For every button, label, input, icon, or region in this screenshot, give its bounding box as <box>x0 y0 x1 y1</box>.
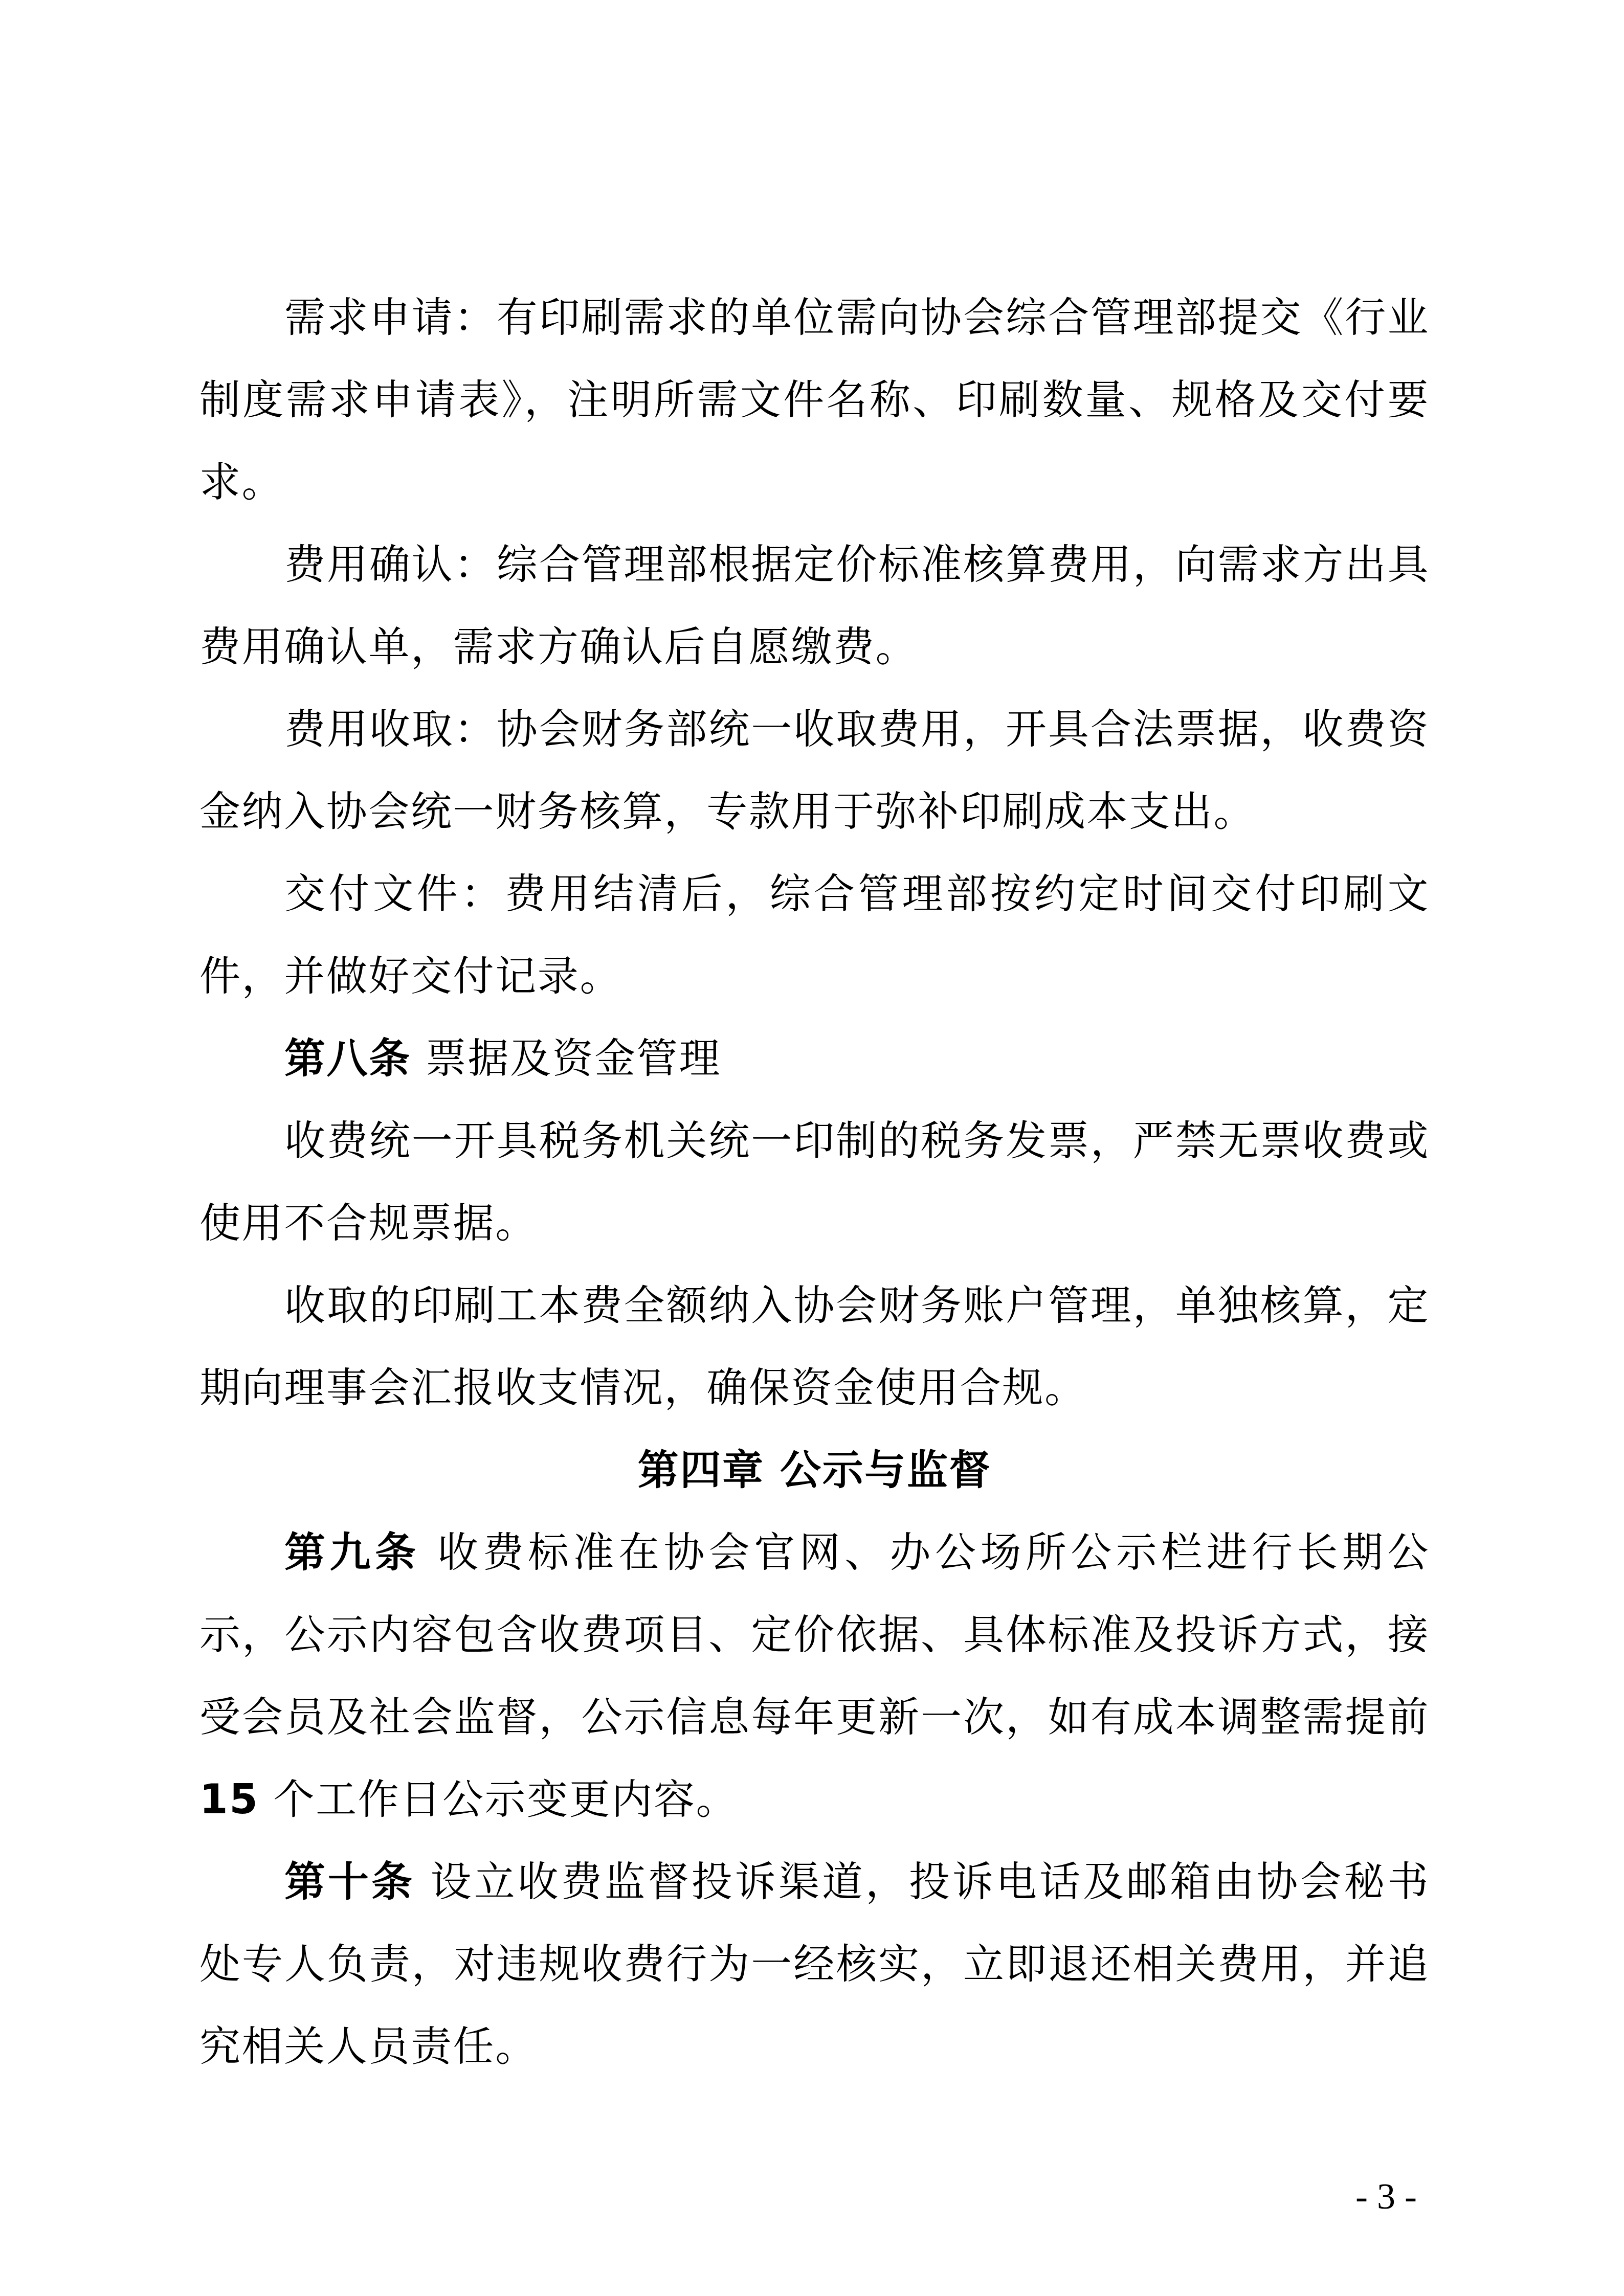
paragraph-fee-collection: 费用收取：协会财务部统一收取费用，开具合法票据，收费资金纳入协会统一财务核算，专… <box>199 688 1430 852</box>
article-label: 第九条 <box>284 1528 420 1576</box>
paragraph-text: 需求申请：有印刷需求的单位需向协会综合管理部提交《行业制度需求申请表》，注明所需… <box>199 294 1430 506</box>
paragraph-document-delivery: 交付文件：费用结清后，综合管理部按约定时间交付印刷文件，并做好交付记录。 <box>199 852 1430 1017</box>
article-title: 票据及资金管理 <box>411 1034 721 1082</box>
paragraph-invoice-rule: 收费统一开具税务机关统一印制的税务发票，严禁无票收费或使用不合规票据。 <box>199 1099 1430 1264</box>
article-text-cont: 个工作日公示变更内容。 <box>259 1775 739 1823</box>
article-9: 第九条 收费标准在协会官网、办公场所公示栏进行长期公示，公示内容包含收费项目、定… <box>199 1511 1430 1840</box>
chapter-4-heading: 第四章 公示与监督 <box>199 1429 1430 1511</box>
paragraph-text: 收取的印刷工本费全额纳入协会财务账户管理，单独核算，定期向理事会汇报收支情况，确… <box>199 1281 1430 1411</box>
article-8-heading: 第八条 票据及资金管理 <box>199 1017 1430 1099</box>
document-page: 需求申请：有印刷需求的单位需向协会综合管理部提交《行业制度需求申请表》，注明所需… <box>0 0 1624 2296</box>
article-number-days: 15 <box>199 1775 259 1823</box>
paragraph-text: 收费统一开具税务机关统一印制的税务发票，严禁无票收费或使用不合规票据。 <box>199 1117 1430 1247</box>
paragraph-fund-management: 收取的印刷工本费全额纳入协会财务账户管理，单独核算，定期向理事会汇报收支情况，确… <box>199 1264 1430 1429</box>
article-label: 第十条 <box>284 1858 415 1905</box>
document-body: 需求申请：有印刷需求的单位需向协会综合管理部提交《行业制度需求申请表》，注明所需… <box>199 276 1430 2087</box>
paragraph-fee-confirmation: 费用确认：综合管理部根据定价标准核算费用，向需求方出具费用确认单，需求方确认后自… <box>199 523 1430 688</box>
article-label: 第八条 <box>284 1034 411 1082</box>
paragraph-text: 费用确认：综合管理部根据定价标准核算费用，向需求方出具费用确认单，需求方确认后自… <box>199 541 1430 670</box>
page-number: - 3 - <box>1330 2171 1442 2222</box>
article-10: 第十条 设立收费监督投诉渠道，投诉电话及邮箱由协会秘书处专人负责，对违规收费行为… <box>199 1840 1430 2087</box>
paragraph-text: 交付文件：费用结清后，综合管理部按约定时间交付印刷文件，并做好交付记录。 <box>199 870 1430 1000</box>
paragraph-text: 费用收取：协会财务部统一收取费用，开具合法票据，收费资金纳入协会统一财务核算，专… <box>199 705 1430 835</box>
paragraph-demand-application: 需求申请：有印刷需求的单位需向协会综合管理部提交《行业制度需求申请表》，注明所需… <box>199 276 1430 523</box>
